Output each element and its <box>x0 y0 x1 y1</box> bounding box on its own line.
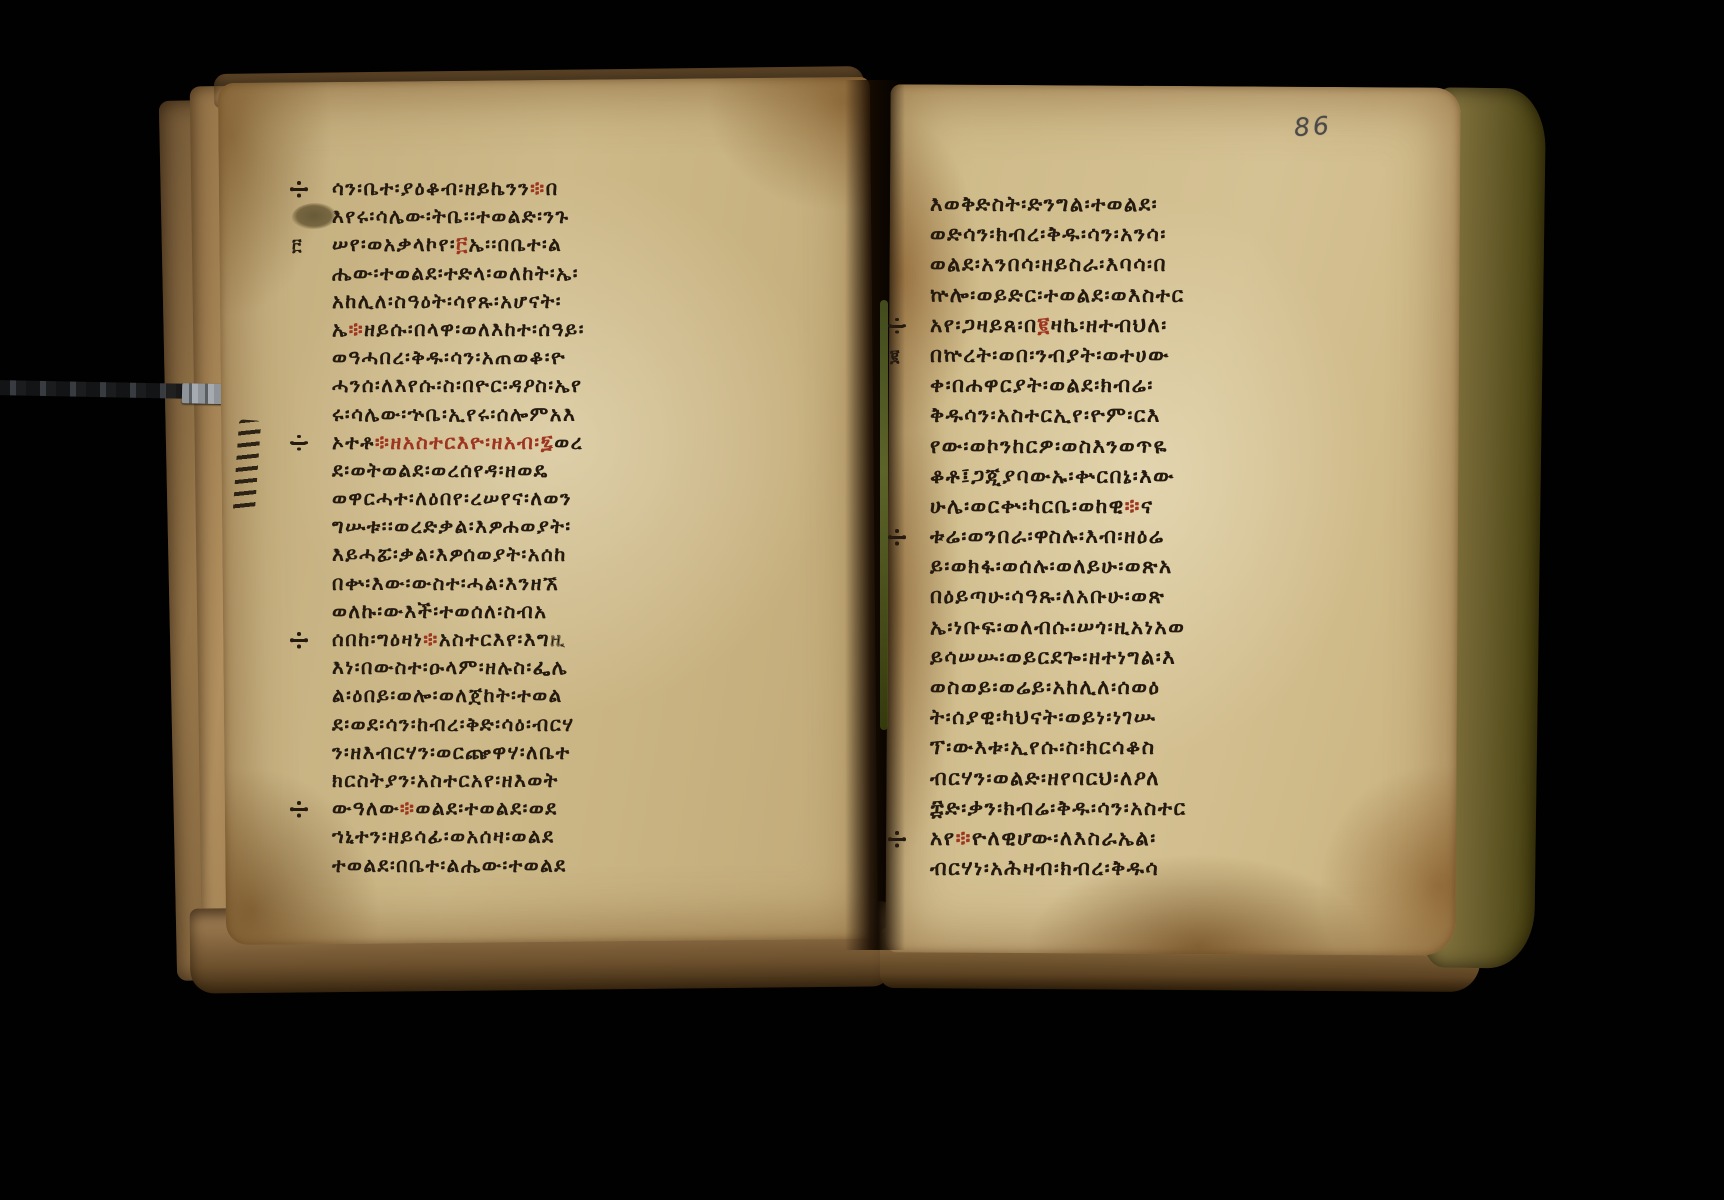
text-run: ብርሃን፡ወልድ፡ዘየባርህ፡ለዖለ <box>930 766 1160 790</box>
text-line: ፫ሠየ፡ወአቃላኮየ፡፫ኤ፡፡በቤተ፡ል <box>332 232 792 260</box>
text-run: ቀ፡በሐዋርያት፡ወልደ፡ክብሬ፡ <box>930 373 1154 397</box>
text-line: ደ፡ወትወልደ፡ወረሰየዳ፡ዘወዴ <box>332 458 792 486</box>
text-run: ወስወይ፡ወሬይ፡አከሊለ፡ሰወዕ <box>930 675 1160 699</box>
text-line: ፰ድ፡ቃን፡ክብሬ፡ቅዱ፡ሳን፡አስተር <box>930 796 1330 826</box>
text-run: ተወልደ፡በቤተ፡ልሔው፡ተወልደ <box>332 853 567 877</box>
section-mark-icon <box>290 181 307 198</box>
text-line: ት፡ሰያዊ፡ካህናት፡ወይነ፡ነገሡ <box>930 705 1330 735</box>
text-run: ሔው፡ተወልደ፡ተድላ፡ወለከት፡ኤ፡ <box>332 261 579 285</box>
text-line: ግሡቱ፡፡ወረድቃል፡እዎሐወያት፡ <box>332 514 792 542</box>
text-line: ወልደ፡አንበሳ፡ዘይስራ፡እባሳ፡በ <box>930 252 1330 282</box>
text-line: ኤ፨ዘይሱ፡በላዋ፡ወለእከተ፡ሰዓይ፡ <box>332 317 792 345</box>
text-run: ይ፡ወክፋ፡ወሰሉ፡ወለይሁ፡ወጽአ <box>930 554 1173 578</box>
text-line: ኀኒተን፡ዘይሳፊ፡ወአሰዛ፡ወልደ <box>332 824 792 852</box>
text-run: ክርስትያን፡አስተርአየ፡ዘእወት <box>332 768 559 792</box>
margin-numeral: ፪ <box>890 347 901 367</box>
text-run: አከሊለ፡ስዓዕት፡ሳየጹ፡አሆናት፡ <box>332 289 562 313</box>
text-run: ን፡ዘእብርሃን፡ወርጬዋሃ፡ለቤተ <box>332 740 571 764</box>
margin-numeral: ፫ <box>292 236 303 256</box>
text-run: አስተርእየ፡እግዚ <box>439 627 566 651</box>
text-run: የው፡ወኮንከርዎ፡ወስእንወጥዬ <box>930 434 1168 458</box>
text-run: ደ፡ወትወልደ፡ወረሰየዳ፡ዘወዴ <box>332 458 549 482</box>
text-line: ወዋርሓተ፡ለዕበየ፡ረሠየና፡ለወን <box>332 486 792 514</box>
text-line: የው፡ወኮንከርዎ፡ወስእንወጥዬ <box>930 434 1330 464</box>
text-run: በዕይጣሁ፡ሳዓጹ፡ለአቡሁ፡ወጽ <box>930 584 1165 608</box>
text-run: ኀኒተን፡ዘይሳፊ፡ወአሰዛ፡ወልደ <box>332 824 555 848</box>
text-run: ወልደ፡ተወልደ፡ወደ <box>415 796 557 820</box>
text-line: ደ፡ወደ፡ሳን፡ከብረ፡ቅድ፡ሳዕ፡ብርሃ <box>332 712 792 740</box>
text-line: ኦተቶ፨ዘአስተርእዮ፡ዘአብ፡፯ወረ <box>332 430 792 458</box>
section-mark-icon <box>290 435 307 452</box>
text-run: ወዋርሓተ፡ለዕበየ፡ረሠየና፡ለወን <box>332 486 572 510</box>
rubric-run: ፪ <box>1038 313 1051 337</box>
text-line: ቀ፡በሐዋርያት፡ወልደ፡ክብሬ፡ <box>930 373 1330 403</box>
text-line: ል፡ዕበይ፡ወሎ፡ወለጀከት፡ተወል <box>332 683 792 711</box>
text-run: ት፡ሰያዊ፡ካህናት፡ወይነ፡ነገሡ <box>930 705 1156 729</box>
text-line: እየሩ፡ሳሌው፡ትቤ፡፡ተወልድ፡ንጉ <box>332 204 792 232</box>
text-run: ቱሬ፡ወንበራ፡ዋስሉ፡እብ፡ዘዕሬ <box>930 524 1164 548</box>
rubric-run: ፨ <box>956 826 972 850</box>
text-run: አየ፡ጋዛይጸ፡በ <box>930 313 1038 337</box>
section-mark-icon <box>888 831 905 848</box>
text-run: እወቅድስት፡ድንግል፡ተወልደ፡ <box>930 192 1158 216</box>
text-line: ፪በኵረት፡ወበ፡ንብያት፡ወተሀው <box>930 343 1330 373</box>
text-line: ሓንሰ፡ለእየሱ፡ስ፡በዮር፡ዳዖስ፡ኤየ <box>332 373 792 401</box>
text-run: ሰበከ፡ግዕዛነ <box>332 627 423 651</box>
text-run: ወለኩ፡ውእች፡ተወሰለ፡ስብአ <box>332 599 547 623</box>
rubric-run: ፨ <box>530 176 546 200</box>
text-run: ደ፡ወደ፡ሳን፡ከብረ፡ቅድ፡ሳዕ፡ብርሃ <box>332 712 574 736</box>
text-line: እነ፡በውስተ፡ዑላም፡ዘሉስ፡ፌሌ <box>332 655 792 683</box>
text-line: ወድሳን፡ክብረ፡ቅዱ፡ሳን፡አንሳ፡ <box>930 222 1330 252</box>
section-mark-icon <box>290 632 307 649</box>
section-mark-icon <box>888 318 905 335</box>
text-line: ብርሃን፡ወልድ፡ዘየባርህ፡ለዖለ <box>930 766 1330 796</box>
text-line: በዕይጣሁ፡ሳዓጹ፡ለአቡሁ፡ወጽ <box>930 584 1330 614</box>
rubric-run: ፨ <box>1125 494 1141 518</box>
rubric-run: ፨ <box>349 317 365 341</box>
text-run: ሳን፡ቤተ፡ያዕቆብ፡ዘይኬንን <box>332 176 530 200</box>
text-run: እነ፡በውስተ፡ዑላም፡ዘሉስ፡ፌሌ <box>332 655 568 679</box>
manuscript-photo: 86 ሳን፡ቤተ፡ያዕቆብ፡ዘይኬንን፨በእየሩ፡ሳሌው፡ትቤ፡፡ተወልድ፡ንጉ… <box>0 0 1724 1200</box>
text-line: እይሓፚ፡ቃል፡እዎሰወያት፡አሰከ <box>332 542 792 570</box>
text-run: ዮለዊሆው፡ለእስራኤል፡ <box>972 826 1157 850</box>
text-line: ኤ፡ነቡፍ፡ወለብሱ፡ሠጎ፡ዚአነአወ <box>930 615 1330 645</box>
text-line: ሰበከ፡ግዕዛነ፨አስተርእየ፡እግዚ <box>332 627 792 655</box>
text-line: ወለኩ፡ውእች፡ተወሰለ፡ስብአ <box>332 599 792 627</box>
folio-number: 86 <box>1293 111 1333 143</box>
text-line: ቱሬ፡ወንበራ፡ዋስሉ፡እብ፡ዘዕሬ <box>930 524 1330 554</box>
text-run: ሠየ፡ወአቃላኮየ፡ <box>332 232 456 256</box>
text-line: ውዓለው፨ወልደ፡ተወልደ፡ወደ <box>332 796 792 824</box>
rubric-run: ፫ <box>456 232 469 256</box>
text-line: ቆቶ፤ጋጂያባውኡ፡ቍርበኔ፡እው <box>930 464 1330 494</box>
gutter-moss-streak <box>880 300 888 730</box>
text-run: በቍ፡እው፡ውስተ፡ሓል፡እንዘኧ <box>332 571 559 595</box>
text-run: በ <box>546 176 559 200</box>
bookmark-cord <box>0 380 196 399</box>
section-mark-icon <box>290 801 307 818</box>
gutter-shadow <box>845 80 905 950</box>
rubric-run: ፨ዘአስተርእዮ፡ዘአብ፡፯ <box>375 430 554 454</box>
text-run: ኵሎ፡ወይድር፡ተወልደ፡ወእስተር <box>930 283 1185 307</box>
text-line: ክርስትያን፡አስተርአየ፡ዘእወት <box>332 768 792 796</box>
text-run: ሁሌ፡ወርቍ፡ካርቤ፡ወከዊ <box>930 494 1125 518</box>
text-run: ል፡ዕበይ፡ወሎ፡ወለጀከት፡ተወል <box>332 683 563 707</box>
rubric-run: ፨ <box>400 796 416 820</box>
text-line: ብርሃነ፡አሕዛብ፡ክብረ፡ቅዱሳ <box>930 856 1330 886</box>
text-line: አየ፨ዮለዊሆው፡ለእስራኤል፡ <box>930 826 1330 856</box>
text-run: ዘይሱ፡በላዋ፡ወለእከተ፡ሰዓይ፡ <box>364 317 585 341</box>
left-page-text: ሳን፡ቤተ፡ያዕቆብ፡ዘይኬንን፨በእየሩ፡ሳሌው፡ትቤ፡፡ተወልድ፡ንጉ፫ሠየ… <box>332 176 792 881</box>
text-run: ወድሳን፡ክብረ፡ቅዱ፡ሳን፡አንሳ፡ <box>930 222 1167 246</box>
text-run: ፕ፡ውእቱ፡ኢየሱ፡ስ፡ክርሳቆስ <box>930 735 1156 759</box>
text-run: ኤ <box>332 317 349 341</box>
text-run: ብርሃነ፡አሕዛብ፡ክብረ፡ቅዱሳ <box>930 856 1159 880</box>
text-run: ውዓለው <box>332 796 400 820</box>
ink-stain <box>292 203 336 229</box>
text-line: አየ፡ጋዛይጸ፡በ፪ዛኬ፡ዘተብህለ፡ <box>930 313 1330 343</box>
text-run: እይሓፚ፡ቃል፡እዎሰወያት፡አሰከ <box>332 542 567 566</box>
section-mark-icon <box>888 529 905 546</box>
text-run: ኤ፡፡በቤተ፡ል <box>469 232 563 256</box>
text-line: በቍ፡እው፡ውስተ፡ሓል፡እንዘኧ <box>332 571 792 599</box>
text-run: ሩ፡ሳሌው፡ኍቤ፡ኢየሩ፡ሰሎምአእ <box>332 402 576 426</box>
text-line: እወቅድስት፡ድንግል፡ተወልደ፡ <box>930 192 1330 222</box>
text-run: ኤ፡ነቡፍ፡ወለብሱ፡ሠጎ፡ዚአነአወ <box>930 615 1185 639</box>
text-run: ግሡቱ፡፡ወረድቃል፡እዎሐወያት፡ <box>332 514 572 538</box>
right-page-text: እወቅድስት፡ድንግል፡ተወልደ፡ወድሳን፡ክብረ፡ቅዱ፡ሳን፡አንሳ፡ወልደ፡… <box>930 192 1330 886</box>
text-line: ቅዱሳን፡አስተርኢየ፡ዮም፡ርእ <box>930 403 1330 433</box>
text-line: ሔው፡ተወልደ፡ተድላ፡ወለከት፡ኤ፡ <box>332 261 792 289</box>
text-run: ዛኬ፡ዘተብህለ፡ <box>1051 313 1168 337</box>
text-run: ወረ <box>554 430 583 454</box>
text-run: ና <box>1141 494 1154 518</box>
text-run: ቆቶ፤ጋጂያባውኡ፡ቍርበኔ፡እው <box>930 464 1175 488</box>
text-line: ሁሌ፡ወርቍ፡ካርቤ፡ወከዊ፨ና <box>930 494 1330 524</box>
text-line: ይ፡ወክፋ፡ወሰሉ፡ወለይሁ፡ወጽአ <box>930 554 1330 584</box>
text-line: ሩ፡ሳሌው፡ኍቤ፡ኢየሩ፡ሰሎምአእ <box>332 402 792 430</box>
text-run: ይሳሠሡ፡ወይርደጐ፡ዘተነግል፡እ <box>930 645 1176 669</box>
text-run: ቅዱሳን፡አስተርኢየ፡ዮም፡ርእ <box>930 403 1161 427</box>
text-run: ፰ድ፡ቃን፡ክብሬ፡ቅዱ፡ሳን፡አስተር <box>930 796 1187 820</box>
text-line: ሳን፡ቤተ፡ያዕቆብ፡ዘይኬንን፨በ <box>332 176 792 204</box>
text-run: ኦተቶ <box>332 430 375 454</box>
text-line: ተወልደ፡በቤተ፡ልሔው፡ተወልደ <box>332 853 792 881</box>
text-run: በኵረት፡ወበ፡ንብያት፡ወተሀው <box>930 343 1170 367</box>
text-line: ኵሎ፡ወይድር፡ተወልደ፡ወእስተር <box>930 283 1330 313</box>
text-line: ፕ፡ውእቱ፡ኢየሱ፡ስ፡ክርሳቆስ <box>930 735 1330 765</box>
text-line: ወስወይ፡ወሬይ፡አከሊለ፡ሰወዕ <box>930 675 1330 705</box>
text-run: ሓንሰ፡ለእየሱ፡ስ፡በዮር፡ዳዖስ፡ኤየ <box>332 373 582 397</box>
text-run: ወዓሓበረ፡ቅዱ፡ሳን፡አጠወቆ፡ዮ <box>332 345 566 369</box>
text-run: አየ <box>930 826 956 850</box>
text-line: ወዓሓበረ፡ቅዱ፡ሳን፡አጠወቆ፡ዮ <box>332 345 792 373</box>
text-run: እየሩ፡ሳሌው፡ትቤ፡፡ተወልድ፡ንጉ <box>332 204 569 228</box>
rubric-run: ፨ <box>423 627 439 651</box>
text-line: ን፡ዘእብርሃን፡ወርጬዋሃ፡ለቤተ <box>332 740 792 768</box>
text-line: ይሳሠሡ፡ወይርደጐ፡ዘተነግል፡እ <box>930 645 1330 675</box>
text-run: ወልደ፡አንበሳ፡ዘይስራ፡እባሳ፡በ <box>930 252 1167 276</box>
text-line: አከሊለ፡ስዓዕት፡ሳየጹ፡አሆናት፡ <box>332 289 792 317</box>
